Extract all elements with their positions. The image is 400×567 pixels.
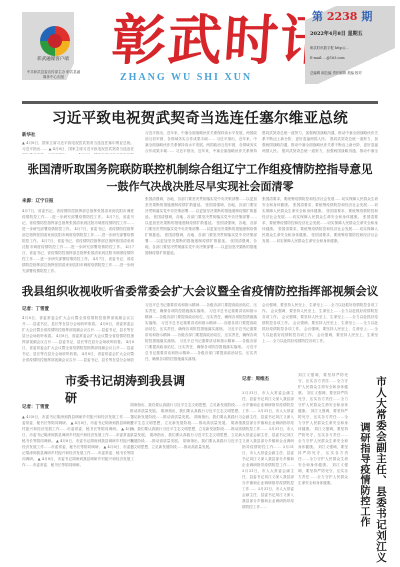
headline-article-3[interactable]: 我县组织收视收听省委常委会扩大会议暨全省疫情防控指挥部视频会议: [0, 283, 400, 299]
app-caption: 彰武融媒客户端: [28, 57, 78, 62]
issue-date: 2022年4月8日 星期五: [310, 30, 363, 37]
byline-article-5: 记者：周维杰: [242, 376, 269, 382]
issue-prefix: 第: [312, 10, 323, 23]
article-2-col-2: 张国清强调，各地、各部门要坚决贯彻落实党中央决策部署……以更加坚决果断的措施遏制…: [145, 196, 257, 274]
subheadline-article-2: 一鼓作气决战决胜尽早实现社会面清零: [0, 178, 400, 194]
article-2-col-1: 4月7日，省委书记、省疫情防控指挥部总指挥张国清来到沈阳市调度疫情防控工作……进…: [22, 208, 134, 274]
newspaper-title-pinyin: ZHANG WU SHI XUN: [120, 72, 252, 83]
masthead-divider: [22, 101, 378, 104]
article-3-col-2: 习近平总书记重要讲话和指示精神……各级各部门要提高政治站位，压实责任，确保各项防…: [145, 302, 257, 362]
staff-line: 总编辑 副总编 责任编辑 美编 校对: [310, 70, 362, 75]
article-1-col-3: 愿同武契奇总统一道努力，加强两国战略沟通，推动中塞全面战略伙伴关系不断迈上新台阶…: [262, 130, 378, 154]
issue-number: 第 2238 期: [312, 8, 372, 24]
byline-article-1: 新华社: [22, 132, 36, 138]
headline-article-2[interactable]: 张国清听取国务院联防联控机制综合组辽宁工作组疫情防控指导意见: [0, 161, 400, 177]
email-line: E-mail: ...@163.com: [310, 56, 345, 60]
issue-suffix: 期: [361, 10, 372, 23]
headline-article-5-line-2[interactable]: 调研指导疫情防控工作: [356, 422, 371, 527]
article-2-col-3: 张国清要求，要统筹疫情防控和经济社会发展……切实保障人民群众生命安全和身体健康。…: [262, 196, 378, 262]
article-4-col-2: 胡涛指出，我们要认真践行习近平生态文明思想，立足新发展阶段……推动高质量发展。 …: [130, 402, 242, 554]
article-1-col-1: ▲ 4月8日，国家主席习近平致电祝贺武契奇当选连任塞尔维亚总统。习近平指出…… …: [22, 140, 134, 154]
article-3-col-3: 会议强调，要坚持人民至上、生命至上……全力以赴抓好疫情防控各项工作。 会议强调，…: [262, 302, 378, 356]
byline-article-2: 来源：辽宁日报: [22, 198, 54, 204]
headline-article-1[interactable]: 习近平致电祝贺武契奇当选连任塞尔维亚总统: [0, 107, 400, 128]
headline-article-4[interactable]: 市委书记胡涛到我县调研: [65, 372, 195, 406]
byline-article-4: 记者：丁雪萱: [22, 404, 49, 410]
article-4-col-1: ▲ 4月8日，市委书记胡涛到我县调研乡村振兴和经济发展工作……市委常委、秘书长等…: [22, 414, 134, 554]
headline-article-5-line-1[interactable]: 市人大常委会副主任、县委书记刘江义: [374, 376, 389, 563]
article-5-col-1: 3月31日，市人大常委会副主任、县委书记刘江义深入我县部分乡镇和企业调研指导疫情…: [242, 390, 294, 554]
website-line: 彰武时讯数字报 http://...: [310, 45, 349, 50]
byline-article-3: 记者：丁雪萱: [22, 306, 49, 312]
issue-number-value: 2238: [327, 10, 358, 23]
publisher-text: 中共彰武县委宣传部主办 彰武县融媒体中心出版: [26, 70, 81, 79]
newspaper-title: 彰武时讯: [110, 10, 338, 70]
article-1-col-2: 习近平指出，近年来，中塞全面战略伙伴关系保持高水平发展，两国政治互信牢固，各领域…: [145, 130, 257, 154]
article-3-col-1: 4月8日，省委常委会扩大会议暨全省疫情防控指挥部视频会议召开……县委书记、县长等…: [22, 315, 134, 363]
article-5-col-2: 刘江义强调，要坚持严防死守，压实各方责任……全力守护人民群众生命安全和身体健康。…: [298, 372, 348, 522]
masthead: 彰武融媒客户端 中共彰武县委宣传部主办 彰武县融媒体中心出版 彰武时讯 ZHAN…: [0, 0, 400, 86]
app-logo-icon[interactable]: [40, 26, 70, 56]
